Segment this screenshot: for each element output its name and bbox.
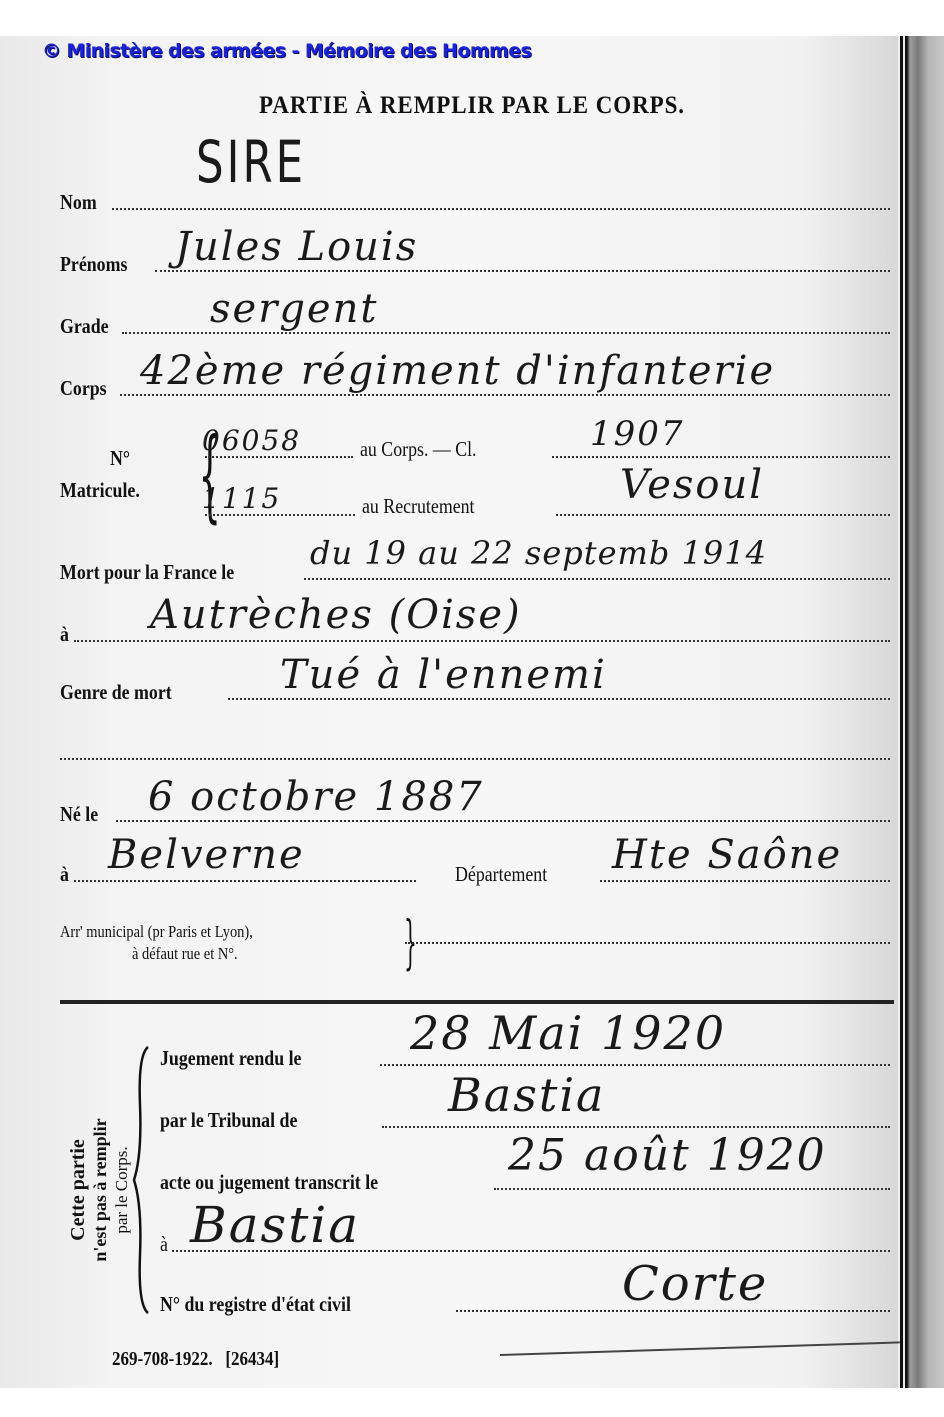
value-matricule-corps: 06058 (202, 424, 301, 457)
form-heading: PARTIE À REMPLIR PAR LE CORPS. (38, 92, 906, 120)
label-ne-le: Né le (60, 802, 98, 827)
dotted-line-prenoms (155, 270, 890, 272)
label-jugement: Jugement rendu le (160, 1046, 301, 1071)
dotted-line-genre-mort (228, 698, 890, 700)
value-transcrit: 25 août 1920 (508, 1130, 827, 1181)
value-tribunal: Bastia (448, 1068, 605, 1122)
dotted-line-tribunal (382, 1126, 890, 1128)
label-prenoms: Prénoms (60, 252, 127, 277)
label-au-recrutement: au Recrutement (362, 494, 475, 519)
dotted-line-ne-le (116, 820, 890, 822)
label-nom: Nom (60, 190, 97, 215)
label-matricule-no: N° (110, 446, 130, 471)
value-prenoms: Jules Louis (175, 224, 418, 270)
value-classe: 1907 (590, 414, 685, 454)
label-transcrit: acte ou jugement transcrit le (160, 1170, 378, 1195)
value-recrutement-place: Vesoul (620, 462, 764, 508)
value-grade: sergent (210, 286, 378, 332)
label-corps: Corps (60, 376, 107, 401)
dotted-line-corps (120, 394, 890, 396)
value-mort-lieu: Autrèches (Oise) (150, 592, 522, 638)
binding-edge (898, 36, 944, 1388)
value-jugement: 28 Mai 1920 (410, 1006, 726, 1060)
dotted-line-matricule-recrutement (205, 514, 355, 516)
value-departement: Hte Saône (612, 832, 842, 878)
form-reference-number: 269-708-1922. [26434] (112, 1348, 279, 1371)
dotted-line-ne-a (74, 880, 416, 882)
dotted-line-jugement (380, 1064, 890, 1066)
label-tribunal: par le Tribunal de (160, 1108, 297, 1133)
value-corps: 42ème régiment d'infanterie (140, 348, 775, 394)
label-registre: N° du registre d'état civil (160, 1292, 351, 1317)
dotted-line-transcrit (494, 1188, 890, 1190)
value-transcrit-lieu: Bastia (190, 1196, 360, 1254)
dotted-line-mort (304, 578, 890, 580)
label-au-corps-classe: au Corps. — Cl. (360, 437, 477, 462)
label-ne-a: à (60, 862, 69, 887)
dotted-line-grade (122, 332, 890, 334)
value-mort-date: du 19 au 22 septemb 1914 (310, 534, 767, 572)
value-ne-a: Belverne (108, 832, 305, 878)
dotted-line-arrondissement (405, 942, 890, 944)
side-note-line2: n'est pas à remplir (89, 1118, 111, 1261)
value-genre-mort: Tué à l'ennemi (280, 652, 607, 698)
value-nom: SIRE (196, 128, 306, 196)
label-transcrit-lieu: à (160, 1232, 168, 1257)
label-matricule: Matricule. (60, 478, 140, 503)
dotted-line-matricule-corps (205, 456, 353, 458)
dotted-line-recrutement (556, 514, 890, 516)
label-mort-lieu: à (60, 622, 69, 647)
copyright-watermark: © Ministère des armées - Mémoire des Hom… (42, 40, 531, 62)
side-note-line1: Cette partie (67, 1118, 89, 1261)
label-arrondissement-line2: à défaut rue et N°. (132, 944, 238, 964)
label-grade: Grade (60, 314, 109, 339)
label-arrondissement-line1: Arr' municipal (pr Paris et Lyon), (60, 922, 253, 942)
value-matricule-recrutement: 1115 (202, 482, 281, 515)
section-separator (60, 1000, 894, 1004)
value-ne-le: 6 octobre 1887 (148, 774, 484, 820)
label-mort: Mort pour la France le (60, 560, 234, 585)
label-genre-mort: Genre de mort (60, 680, 172, 705)
dotted-line-blank (60, 758, 890, 760)
value-registre: Corte (622, 1256, 768, 1312)
dotted-line-classe (552, 456, 890, 458)
dotted-line-mort-lieu (74, 640, 890, 642)
dotted-line-nom (112, 208, 890, 210)
label-departement: Département (455, 862, 547, 887)
dotted-line-departement (600, 880, 890, 882)
civil-section-brace (130, 1045, 154, 1315)
